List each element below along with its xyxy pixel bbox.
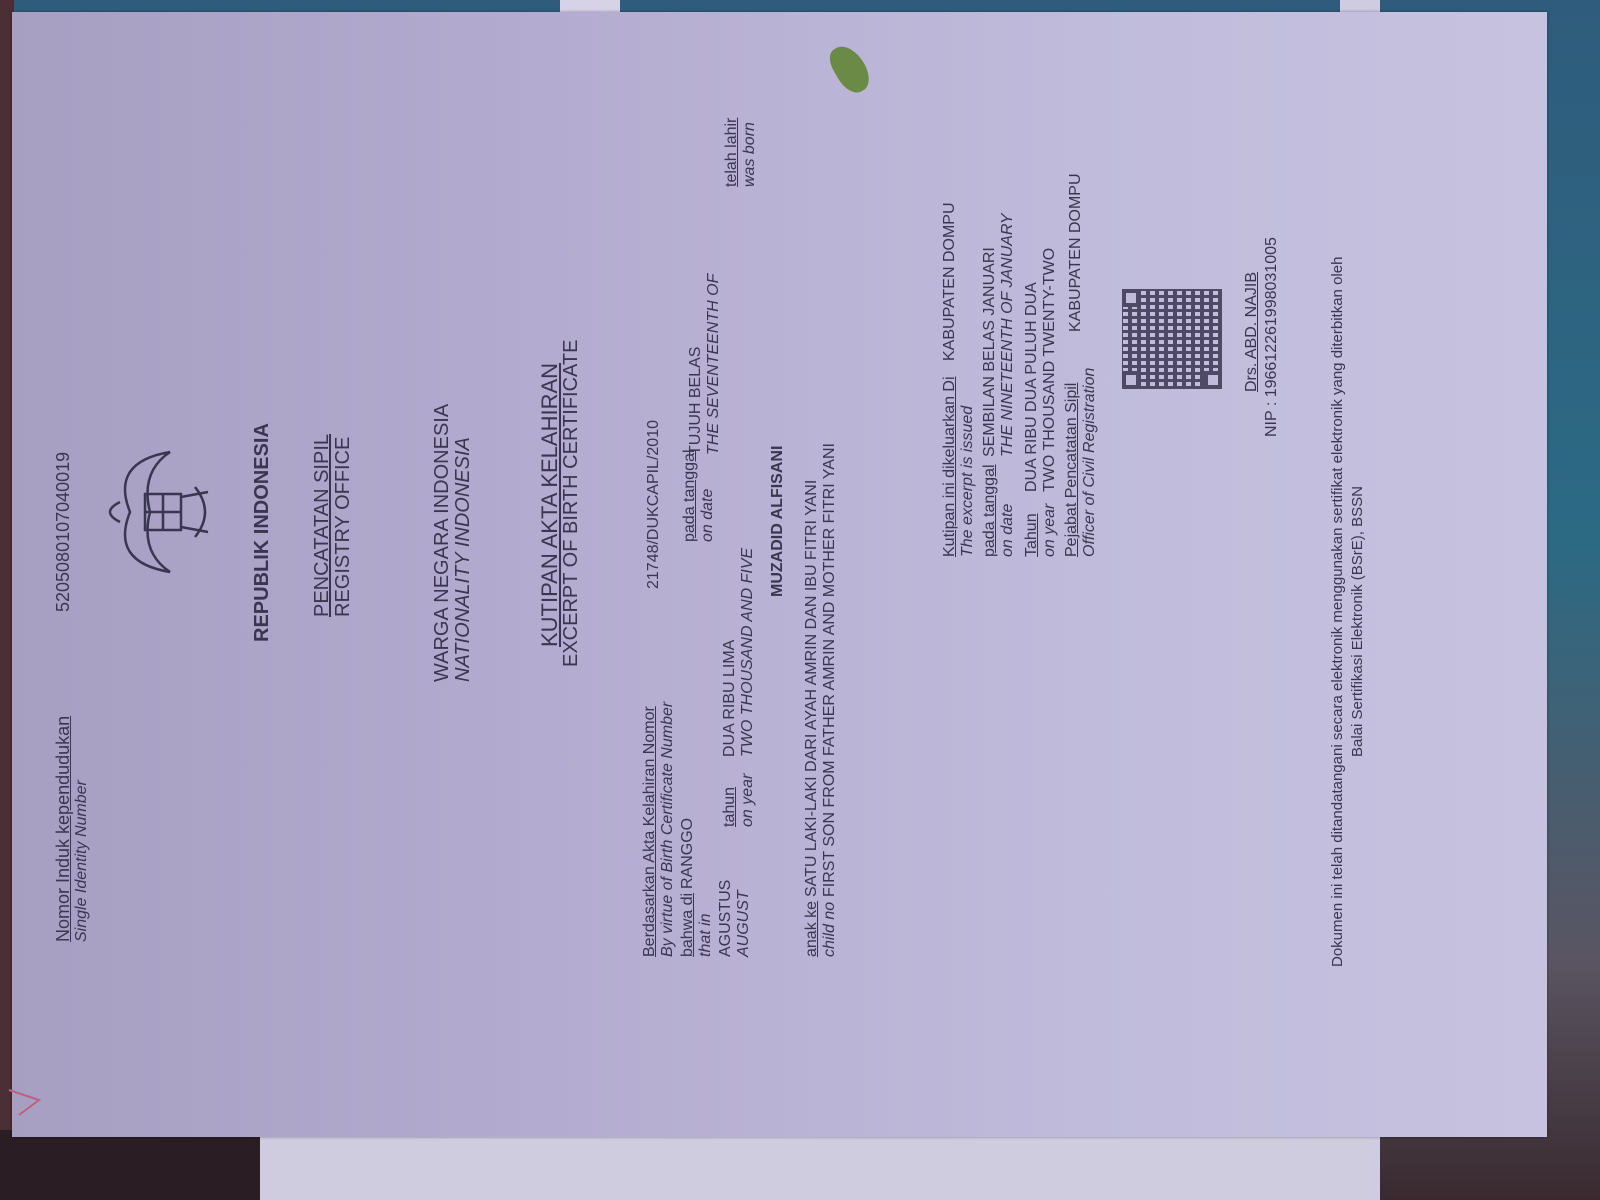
issued-date-en: THE NINETEENTH OF JANUARY — [1000, 213, 1016, 457]
qr-code-icon — [1122, 289, 1222, 389]
issued-date-label-en: on date — [1000, 504, 1016, 557]
officer-nip: NIP : 196612261998031005 — [1264, 237, 1280, 437]
birth-day: TUJUH BELAS — [688, 347, 704, 455]
child-name: MUZADID ALFISANI — [770, 446, 786, 597]
birth-certificate-sheet: Nomor Induk kependudukan Single Identity… — [12, 12, 1547, 1137]
place-label-en: that in — [698, 913, 714, 957]
certificate-content: Nomor Induk kependudukan Single Identity… — [12, 12, 1547, 1137]
citizenship-en: NATIONALITY INDONESIA — [453, 437, 473, 682]
place-value: RANGGO — [680, 818, 696, 889]
footer-note-line2: Balai Sertifikasi Elektronik (BSrE), BSS… — [1350, 486, 1365, 757]
citizenship: WARGA NEGARA INDONESIA — [432, 404, 452, 682]
issued-date: SEMBILAN BELAS JANUARI — [982, 247, 998, 457]
issued-year-label-en: on year — [1042, 504, 1058, 557]
office-title: PENCATATAN SIPIL — [312, 434, 332, 617]
office-title-en: REGISTRY OFFICE — [333, 437, 353, 617]
year-label: tahun — [722, 787, 738, 827]
footer-note-line1: Dokumen ini telah ditandatangani secara … — [1330, 257, 1345, 967]
child-description: SATU LAKI-LAKI DARI AYAH AMRIN DAN IBU F… — [804, 480, 820, 897]
born-label: telah lahir — [724, 118, 740, 187]
nik-label: Nomor Induk kependudukan — [54, 716, 72, 942]
nik-value: 5205080107040019 — [54, 452, 72, 612]
child-no-label: anak ke — [804, 901, 820, 957]
nik-label-en: Single Identity Number — [74, 780, 90, 942]
pen-mark-icon — [4, 1080, 54, 1120]
birth-month: AGUSTUS — [718, 880, 734, 957]
birth-month-en: AUGUST — [736, 890, 752, 957]
certificate-number: 21748/DUKCAPIL/2010 — [646, 420, 662, 589]
child-no-label-en: child no — [822, 902, 838, 957]
date-label-en: on date — [700, 489, 716, 542]
officer-label-en: Officer of Civil Registration — [1082, 368, 1098, 557]
officer-name: Drs. ABD. NAJIB — [1244, 272, 1260, 392]
issued-year-en: TWO THOUSAND TWENTY-TWO — [1042, 248, 1058, 492]
shadow — [0, 1130, 260, 1200]
year-label-en: on year — [740, 774, 756, 827]
born-label-en: was born — [742, 122, 758, 187]
date-label: pada tanggal — [682, 449, 698, 542]
issued-label: Kutipan ini dikeluarkan Di — [942, 376, 958, 557]
basis-label: Berdasarkan Akta Kelahiran Nomor — [642, 706, 658, 957]
underlying-document-edge — [250, 1130, 1370, 1200]
birth-year: DUA RIBU LIMA — [722, 640, 738, 757]
officer-region: KABUPATEN DOMPU — [1068, 173, 1084, 332]
country-name: REPUBLIK INDONESIA — [252, 423, 272, 642]
birth-day-en: THE SEVENTEENTH OF — [706, 274, 722, 455]
basis-label-en: By virtue of Birth Certificate Number — [660, 702, 676, 957]
issued-year-label: Tahun — [1024, 513, 1040, 557]
document-title: KUTIPAN AKTA KELAHIRAN — [539, 363, 561, 647]
place-label: bahwa di — [680, 893, 696, 957]
child-description-en: FIRST SON FROM FATHER AMRIN AND MOTHER F… — [822, 443, 838, 897]
issued-year: DUA RIBU DUA PULUH DUA — [1024, 282, 1040, 492]
issued-date-label: pada tanggal — [982, 464, 998, 557]
issued-place: KABUPATEN DOMPU — [942, 202, 958, 361]
officer-label: Pejabat Pencatatan Sipil — [1064, 383, 1080, 557]
birth-year-en: TWO THOUSAND AND FIVE — [740, 548, 756, 757]
issued-label-en: The excerpt is issued — [960, 406, 976, 557]
garuda-emblem-icon — [100, 442, 225, 582]
document-title-en: EXCERPT OF BIRTH CERTIFICATE — [561, 340, 581, 667]
